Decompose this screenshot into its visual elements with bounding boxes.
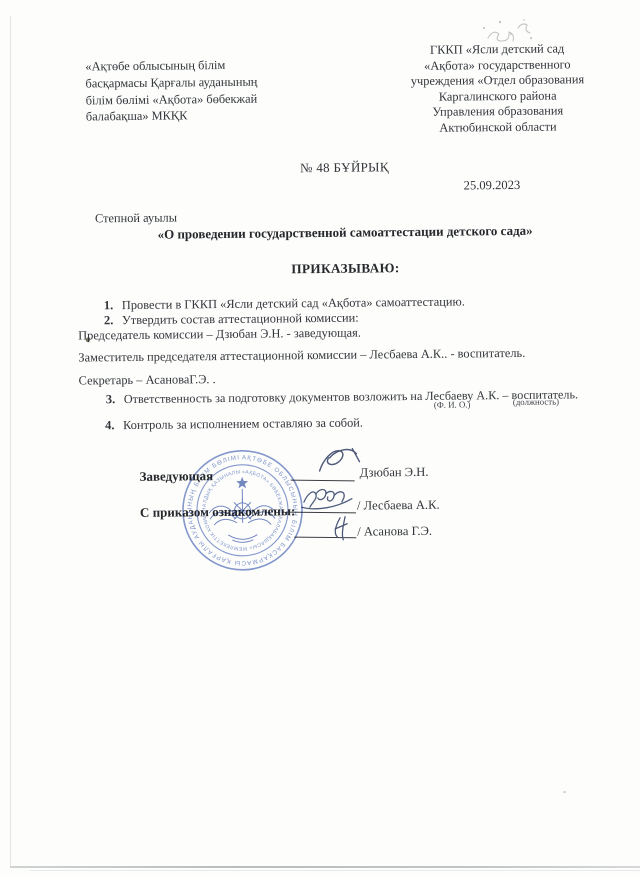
letterhead-russian: ГККП «Ясли детский сад «Ақбота» государс… — [380, 41, 615, 137]
item-1-number: 1. — [104, 298, 114, 313]
ack1-name: / Лесбаева А.К. — [357, 498, 440, 514]
commission-chair: Председатель комиссии – Дзюбан Э.Н. - за… — [78, 326, 361, 344]
item-4-text: Контроль за исполнением оставляю за собо… — [123, 416, 363, 434]
commission-secretary: Секретарь – АсановаГ.Э. . — [79, 372, 216, 388]
resolve-word: ПРИКАЗЫВАЮ: — [52, 258, 638, 280]
letterhead-russian-line: учреждения «Отдел образования — [380, 72, 614, 90]
order-number: № 48 БҰЙРЫҚ — [51, 157, 637, 179]
position-sublabel: (должность) — [513, 397, 559, 407]
stamp-emblem — [209, 476, 277, 542]
item-3-text: Ответственность за подготовку документов… — [124, 387, 578, 407]
letterhead-kazakh-line: балабақша» МКҚК — [86, 107, 306, 126]
ack2-name: / Асанова Г.Э. — [357, 524, 432, 540]
letterhead-kazakh: «Ақтөбе облысының білім басқармасы Қарға… — [85, 56, 306, 125]
ack1-handwritten-signature — [300, 486, 358, 514]
item-2-number: 2. — [104, 313, 114, 328]
document-content: «Ақтөбе облысының білім басқармасы Қарға… — [0, 0, 640, 876]
item-4-number: 4. — [105, 418, 115, 433]
commission-deputy: Заместитель председателя аттестационной … — [78, 346, 525, 366]
ack2-handwritten-signature — [328, 515, 352, 542]
letterhead-russian-line: Актюбинской области — [381, 119, 615, 137]
order-date: 25.09.2023 — [464, 178, 521, 194]
fio-sublabel: (Ф. И. О.) — [434, 399, 471, 409]
head-handwritten-signature — [313, 445, 363, 478]
scanned-order-page: «Ақтөбе облысының білім басқармасы Қарға… — [0, 0, 640, 876]
item-3-number: 3. — [106, 392, 116, 407]
order-place: Степной ауылы — [95, 210, 177, 226]
head-name: Дзюбан Э.Н. — [360, 465, 429, 481]
official-round-stamp: АҚТӨБЕ ОБЛЫСЫНЫҢ БІЛІМ БАСҚАРМАСЫ ҚАРҒАЛ… — [178, 446, 306, 574]
